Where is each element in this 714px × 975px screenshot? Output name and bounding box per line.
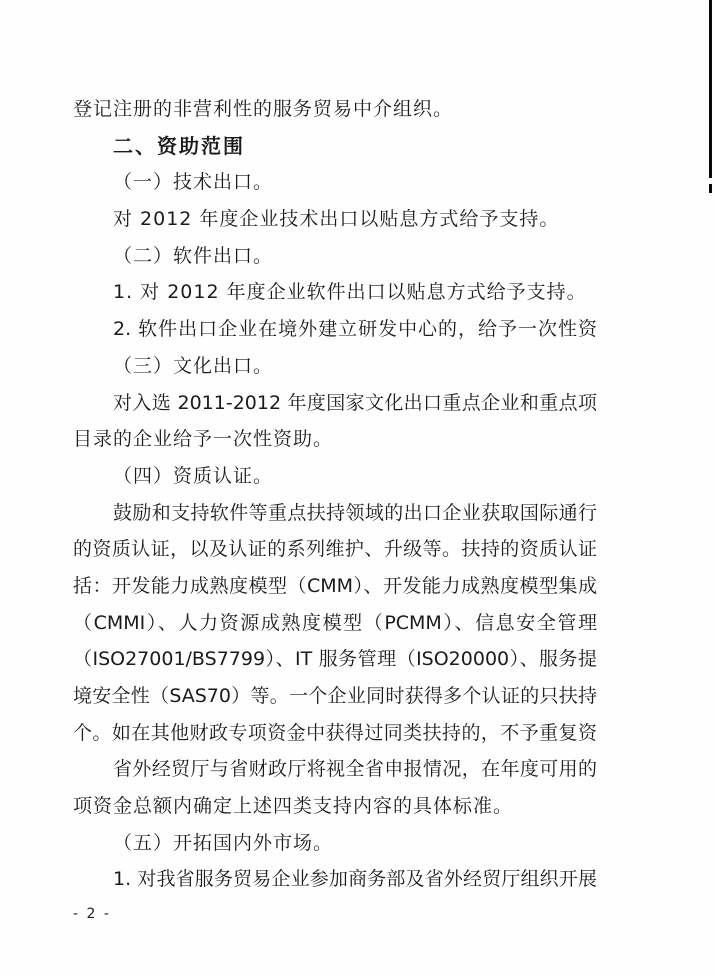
subsection-label: （三）文化出口。 (73, 348, 597, 385)
text-line: 的资质认证，以及认证的系列维护、升级等。扶持的资质认证包 (73, 531, 597, 568)
subsection-label: （一）技术出口。 (73, 164, 597, 201)
text-line: 鼓励和支持软件等重点扶持领域的出口企业获取国际通行 (73, 495, 597, 532)
text-line: 登记注册的非营利性的服务贸易中介组织。 (73, 91, 597, 128)
page-number: - 2 - (73, 906, 111, 922)
text-line: （ISO27001/BS7799）、IT 服务管理（ISO20000）、服务提供… (73, 641, 597, 678)
text-line: 项资金总额内确定上述四类支持内容的具体标准。 (73, 788, 597, 825)
text-line: 目录的企业给予一次性资助。 (73, 421, 597, 458)
scan-edge-line (709, 0, 712, 178)
section-heading: 二、资助范围 (73, 128, 597, 165)
subsection-label: （二）软件出口。 (73, 238, 597, 275)
scan-edge-dash (709, 184, 712, 193)
subsection-label: （四）资质认证。 (73, 458, 597, 495)
text-line: 2. 软件出口企业在境外建立研发中心的，给予一次性资助。 (73, 311, 597, 348)
text-line: 对入选 2011-2012 年度国家文化出口重点企业和重点项目 (73, 385, 597, 422)
text-line: 境安全性（SAS70）等。一个企业同时获得多个认证的只扶持一 (73, 678, 597, 715)
text-line: 1. 对 2012 年度企业软件出口以贴息方式给予支持。 (73, 274, 597, 311)
text-line: （CMMI）、人力资源成熟度模型（PCMM）、信息安全管理 (73, 605, 597, 642)
document-body: 登记注册的非营利性的服务贸易中介组织。 二、资助范围 （一）技术出口。 对 20… (73, 91, 597, 898)
text-line: 括：开发能力成熟度模型（CMM）、开发能力成熟度模型集成 (73, 568, 597, 605)
text-line: 个。如在其他财政专项资金中获得过同类扶持的，不予重复资助。 (73, 715, 597, 752)
text-line: 对 2012 年度企业技术出口以贴息方式给予支持。 (73, 201, 597, 238)
text-line: 省外经贸厅与省财政厅将视全省申报情况，在年度可用的专 (73, 751, 597, 788)
subsection-label: （五）开拓国内外市场。 (73, 825, 597, 862)
scanned-document-page: 登记注册的非营利性的服务贸易中介组织。 二、资助范围 （一）技术出口。 对 20… (0, 0, 714, 975)
text-line: 1. 对我省服务贸易企业参加商务部及省外经贸厅组织开展 (73, 861, 597, 898)
